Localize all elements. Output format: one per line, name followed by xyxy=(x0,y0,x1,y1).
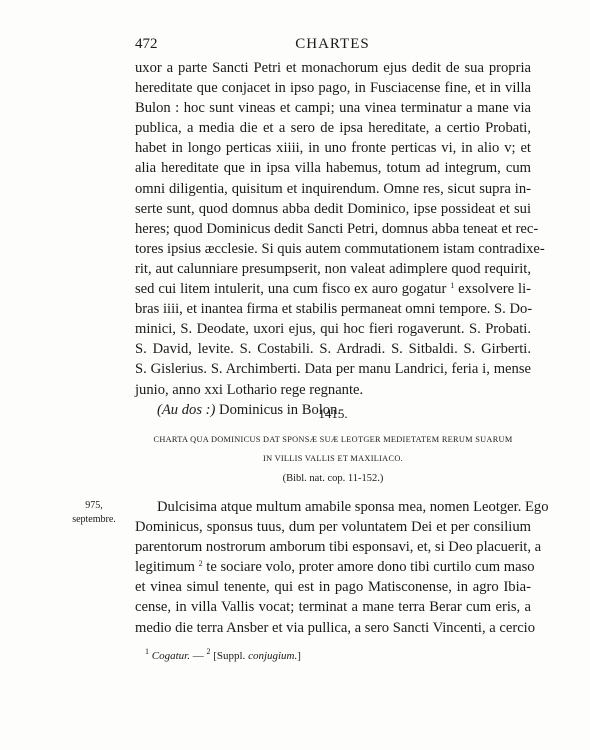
text-line: S. Gislerius. S. Archimberti. Data per m… xyxy=(135,359,531,379)
text-line: junio, anno xxi Lothario rege regnante. xyxy=(135,380,531,400)
charter-source: (Bibl. nat. cop. 11-152.) xyxy=(135,473,531,484)
charter-title: CHARTA QUA DOMINICUS DAT SPONSÆ SUÆ LEOT… xyxy=(135,430,531,468)
text-line: uxor a parte Sancti Petri et monachorum … xyxy=(135,58,531,78)
footnote-2-open: [Suppl. xyxy=(210,650,248,662)
text-line: et vinea simul tenente, qui est in pago … xyxy=(135,577,531,597)
text-line: cense, in villa Vallis vocat; terminat a… xyxy=(135,597,531,617)
text-segment: sed cui litem intulerit, una cum fisco e… xyxy=(135,281,446,297)
text-line: bras iiii, et inantea firma et stabilis … xyxy=(135,299,531,319)
margin-date: 975, septembre. xyxy=(64,499,124,527)
text-line: heres; quod Dominicus dedit Sancti Petri… xyxy=(135,219,531,239)
footnote-separator: — xyxy=(190,650,207,662)
margin-date-year: 975, xyxy=(64,499,124,513)
text-line: minici, S. Deodate, uxori ejus, qui hoc … xyxy=(135,319,531,339)
margin-date-month: septembre. xyxy=(64,513,124,527)
running-header: 472 CHARTES xyxy=(135,36,530,56)
text-line: tores ipsius æcclesie. Si quis autem com… xyxy=(135,239,531,259)
text-line: serte sunt, quod domnus abba dedit Domin… xyxy=(135,199,531,219)
charter-text: Dulcisima atque multum amabile sponsa me… xyxy=(135,497,531,638)
text-line: medio die terra Ansber et via pullica, a… xyxy=(135,618,531,638)
footnote-marker-1: 1 xyxy=(145,647,149,656)
charter-number: 1415. xyxy=(135,406,531,422)
running-title: CHARTES xyxy=(135,36,530,53)
text-segment: legitimum xyxy=(135,559,195,575)
text-line-with-note: sed cui litem intulerit, una cum fisco e… xyxy=(135,279,531,299)
text-line: publica, a media die et a sero de ipsa h… xyxy=(135,118,531,138)
charter-title-line: IN VILLIS VALLIS ET MAXILIACO. xyxy=(135,449,531,468)
text-line: S. David, levite. S. Costabili. S. Ardra… xyxy=(135,339,531,359)
text-line: parentorum nostrorum amborum tibi espons… xyxy=(135,537,531,557)
text-line: omni diligentia, quisitum et inquirendum… xyxy=(135,179,531,199)
text-line: habet in longo perticas xiiii, in uno fr… xyxy=(135,138,531,158)
text-line: Bulon : hoc sunt vineas et campi; una vi… xyxy=(135,98,531,118)
text-line: alia hereditate que in ipsa villa habemu… xyxy=(135,158,531,178)
charter-title-line: CHARTA QUA DOMINICUS DAT SPONSÆ SUÆ LEOT… xyxy=(135,430,531,449)
text-line: Dominicus, sponsus tuus, dum per volunta… xyxy=(135,517,531,537)
text-line: Dulcisima atque multum amabile sponsa me… xyxy=(135,497,531,517)
text-line: hereditate que conjacet in ipso pago, in… xyxy=(135,78,531,98)
text-line: rit, aut calunniare presumpserit, non va… xyxy=(135,259,531,279)
footnote-2-italic: conjugium. xyxy=(248,650,297,662)
footnote-2-close: ] xyxy=(297,650,301,662)
footnotes: 1 Cogatur. — 2 [Suppl. conjugium.] xyxy=(145,650,301,662)
document-page: 472 CHARTES uxor a parte Sancti Petri et… xyxy=(0,0,590,750)
text-segment: te sociare volo, proter amore dono tibi … xyxy=(203,559,535,575)
footnote-1-text: Cogatur. xyxy=(152,650,190,662)
text-segment: exsolvere li- xyxy=(454,281,531,297)
previous-charter-text: uxor a parte Sancti Petri et monachorum … xyxy=(135,58,531,420)
text-line-with-note: legitimum 2 te sociare volo, proter amor… xyxy=(135,557,531,577)
